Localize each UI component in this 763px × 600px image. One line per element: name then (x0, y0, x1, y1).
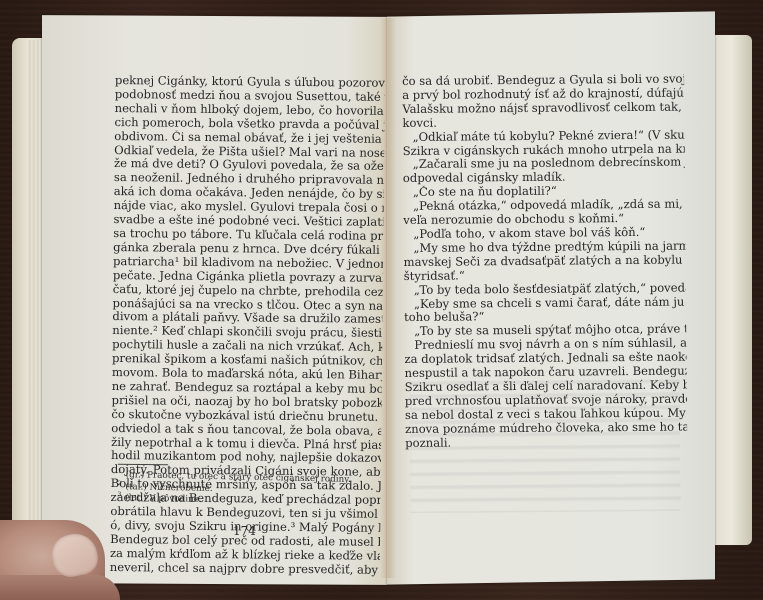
bleed-through-text (409, 371, 680, 513)
text-line: „Začarali sme ju na poslednom debrecínsk… (403, 156, 685, 172)
footnote-text: (tal.) Nič­nerobenie. (125, 482, 212, 494)
footnote-text: (lat.) V pôvodine. (125, 493, 202, 505)
text-line: neveril, chcel sa najprv dobre presvedči… (110, 561, 380, 578)
text-line: Valašsku možno nájsť spravodlivosť celko… (402, 100, 684, 116)
finger (0, 575, 120, 600)
footnote-mark: 2 (118, 480, 122, 487)
left-page-footnotes: 1(gr.) Praotec, tu otec a starý otec cig… (117, 470, 378, 510)
page-number: 174 (233, 524, 256, 538)
text-line: mavskej Seči za dvadsaťpäť zlatých a na … (404, 253, 686, 269)
footnote-mark: 3 (117, 491, 121, 498)
text-line: „Pekná otázka,“ odpovedá mladík, „zdá sa… (403, 198, 685, 214)
footnote-mark: 1 (118, 468, 122, 475)
